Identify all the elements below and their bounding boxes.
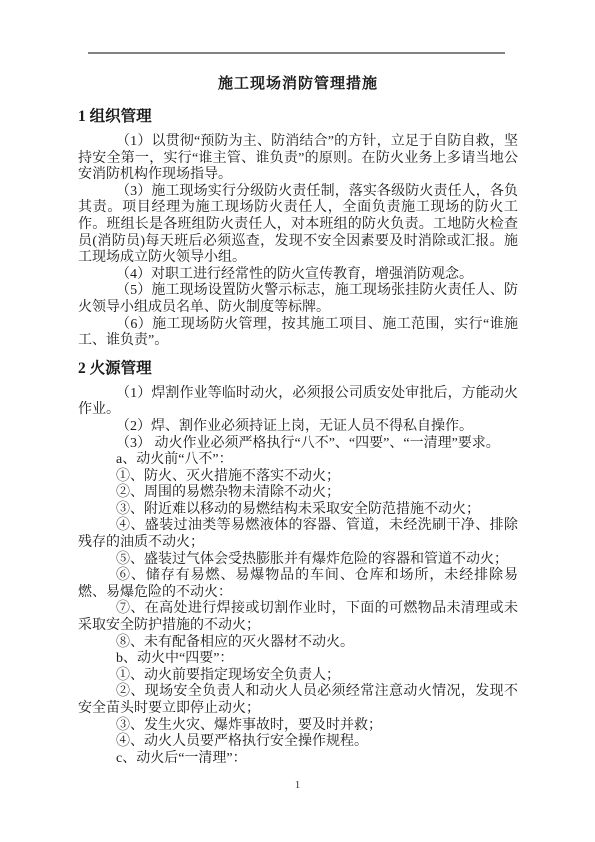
section-heading-fire-source: 2 火源管理 (78, 360, 518, 378)
list-item: ⑥、储存有易燃、易爆物品的车间、仓库和场所，未经排除易燃、易爆危险的不动火： (78, 568, 518, 601)
list-item: ②、周围的易燃杂物未清除不动火； (78, 485, 518, 502)
list-item: b、动火中“四要”： (78, 651, 518, 668)
paragraph: （6）施工现场防火管理，按其施工项目、施工范围，实行“谁施工、谁负责”。 (78, 317, 518, 350)
document-page: 施工现场消防管理措施 1 组织管理 （1）以贯彻“预防为主、防消结合”的方针，立… (0, 0, 595, 842)
list-item: ⑦、在高处进行焊接或切割作业时，下面的可燃物品未清理或未采取安全防护措施的不动火… (78, 601, 518, 634)
paragraph: （5）施工现场设置防火警示标志，施工现场张挂防火责任人、防火领导小组成员名单、防… (78, 283, 518, 316)
list-item: ③、发生火灾、爆炸事故时，要及时并救； (78, 718, 518, 735)
paragraph: （3）施工现场实行分级防火责任制，落实各级防火责任人，各负其责。项目经理为施工现… (78, 184, 518, 267)
paragraph: （4）对职工进行经常性的防火宣传教育，增强消防观念。 (78, 267, 518, 284)
list-item: c、动火后“一清理”： (78, 751, 518, 768)
list-item: ①、防火、灭火措施不落实不动火； (78, 469, 518, 486)
paragraph: （3） 动火作业必须严格执行“八不”、“四要”、“一清理”要求。 (78, 436, 518, 453)
list-item: ③、附近难以移动的易燃结构未采取安全防范措施不动火； (78, 502, 518, 519)
page-number: 1 (0, 779, 595, 791)
paragraph: （2）焊、割作业必须持证上岗，无证人员不得私自操作。 (78, 419, 518, 436)
paragraph: （1）以贯彻“预防为主、防消结合”的方针，立足于自防自救，坚持安全第一，实行“谁… (78, 134, 518, 184)
list-item: ④、盛装过油类等易燃液体的容器、管道，未经洗刷干净、排除残存的油质不动火； (78, 518, 518, 551)
section-heading-organization: 1 组织管理 (78, 108, 518, 126)
list-item: ②、现场安全负责人和动火人员必须经常注意动火情况，发现不安全苗头时要立即停止动火… (78, 684, 518, 717)
header-rule (88, 52, 505, 54)
list-item: ⑤、盛装过气体会受热膨胀并有爆炸危险的容器和管道不动火； (78, 552, 518, 569)
list-item: ⑧、未有配备相应的灭火器材不动火。 (78, 635, 518, 652)
list-item: ④、动火人员要严格执行安全操作规程。 (78, 734, 518, 751)
document-content: 施工现场消防管理措施 1 组织管理 （1）以贯彻“预防为主、防消结合”的方针，立… (78, 70, 518, 767)
paragraph: （1）焊割作业等临时动火，必须报公司质安处审批后，方能动火作业。 (78, 386, 518, 419)
list-item: ①、动火前要指定现场安全负责人； (78, 668, 518, 685)
list-item: a、动火前“八不”： (78, 452, 518, 469)
page-title: 施工现场消防管理措施 (78, 74, 518, 94)
